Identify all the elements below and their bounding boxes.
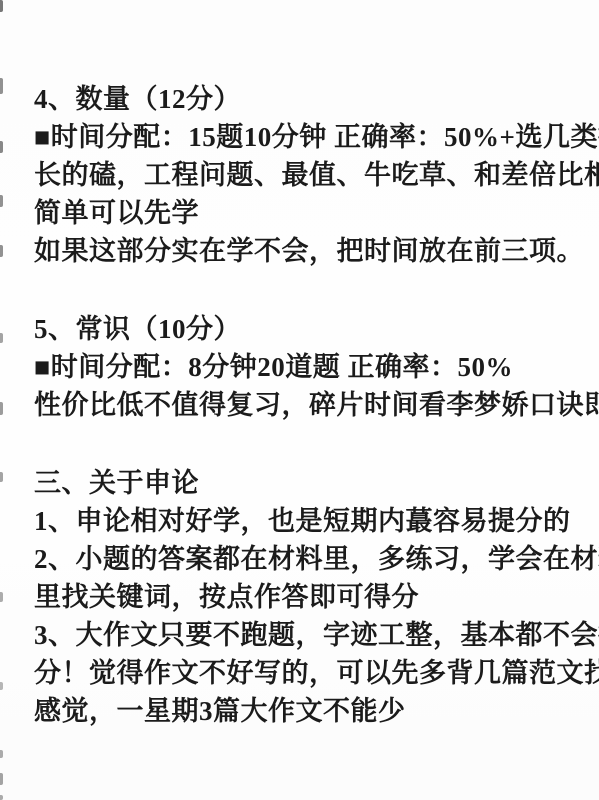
text-line: ■时间分配：8分钟20道题 正确率：50% <box>34 348 581 386</box>
section-quantity: 4、数量（12分） ■时间分配：15题10分钟 正确率：50%+选几类擅 长的磕… <box>34 80 581 270</box>
photo-edge-artifact <box>0 472 3 482</box>
text-line: 性价比低不值得复习，碎片时间看李梦娇口诀即可 <box>34 386 581 424</box>
photo-edge-artifact <box>0 682 3 690</box>
photo-edge-artifact <box>0 195 3 207</box>
photo-edge-artifact <box>0 78 3 94</box>
photo-edge-artifact <box>0 333 3 343</box>
notes-page: 4、数量（12分） ■时间分配：15题10分钟 正确率：50%+选几类擅 长的磕… <box>0 0 599 800</box>
section-common-knowledge: 5、常识（10分） ■时间分配：8分钟20道题 正确率：50% 性价比低不值得复… <box>34 310 581 424</box>
text-line: 简单可以先学 <box>34 194 581 232</box>
text-line: 2、小题的答案都在材料里，多练习，学会在材料 <box>34 540 581 578</box>
section-heading: 4、数量（12分） <box>34 80 581 118</box>
photo-edge-artifact <box>0 0 3 12</box>
text-line: 分！觉得作文不好写的，可以先多背几篇范文找找 <box>34 654 581 692</box>
photo-edge-artifact <box>0 773 3 785</box>
photo-edge-artifact <box>0 592 3 602</box>
photo-edge-artifact <box>0 750 3 758</box>
notes-content: 4、数量（12分） ■时间分配：15题10分钟 正确率：50%+选几类擅 长的磕… <box>0 0 599 730</box>
text-line: ■时间分配：15题10分钟 正确率：50%+选几类擅 <box>34 118 581 156</box>
section-shenlun: 三、关于申论 1、申论相对好学，也是短期内蕞容易提分的 2、小题的答案都在材料里… <box>34 464 581 730</box>
section-heading: 5、常识（10分） <box>34 310 581 348</box>
text-line: 1、申论相对好学，也是短期内蕞容易提分的 <box>34 502 581 540</box>
photo-edge-artifact <box>0 245 3 257</box>
photo-edge-artifact <box>0 795 3 800</box>
text-line: 长的磕，工程问题、最值、牛吃草、和差倍比相对 <box>34 156 581 194</box>
text-line: 3、大作文只要不跑题，字迹工整，基本都不会掉 <box>34 616 581 654</box>
text-line: 感觉，一星期3篇大作文不能少 <box>34 692 581 730</box>
photo-edge-artifact <box>0 402 3 415</box>
section-heading: 三、关于申论 <box>34 464 581 502</box>
text-line: 如果这部分实在学不会，把时间放在前三项。 <box>34 232 581 270</box>
text-line: 里找关键词，按点作答即可得分 <box>34 578 581 616</box>
photo-edge-artifact <box>0 141 3 153</box>
